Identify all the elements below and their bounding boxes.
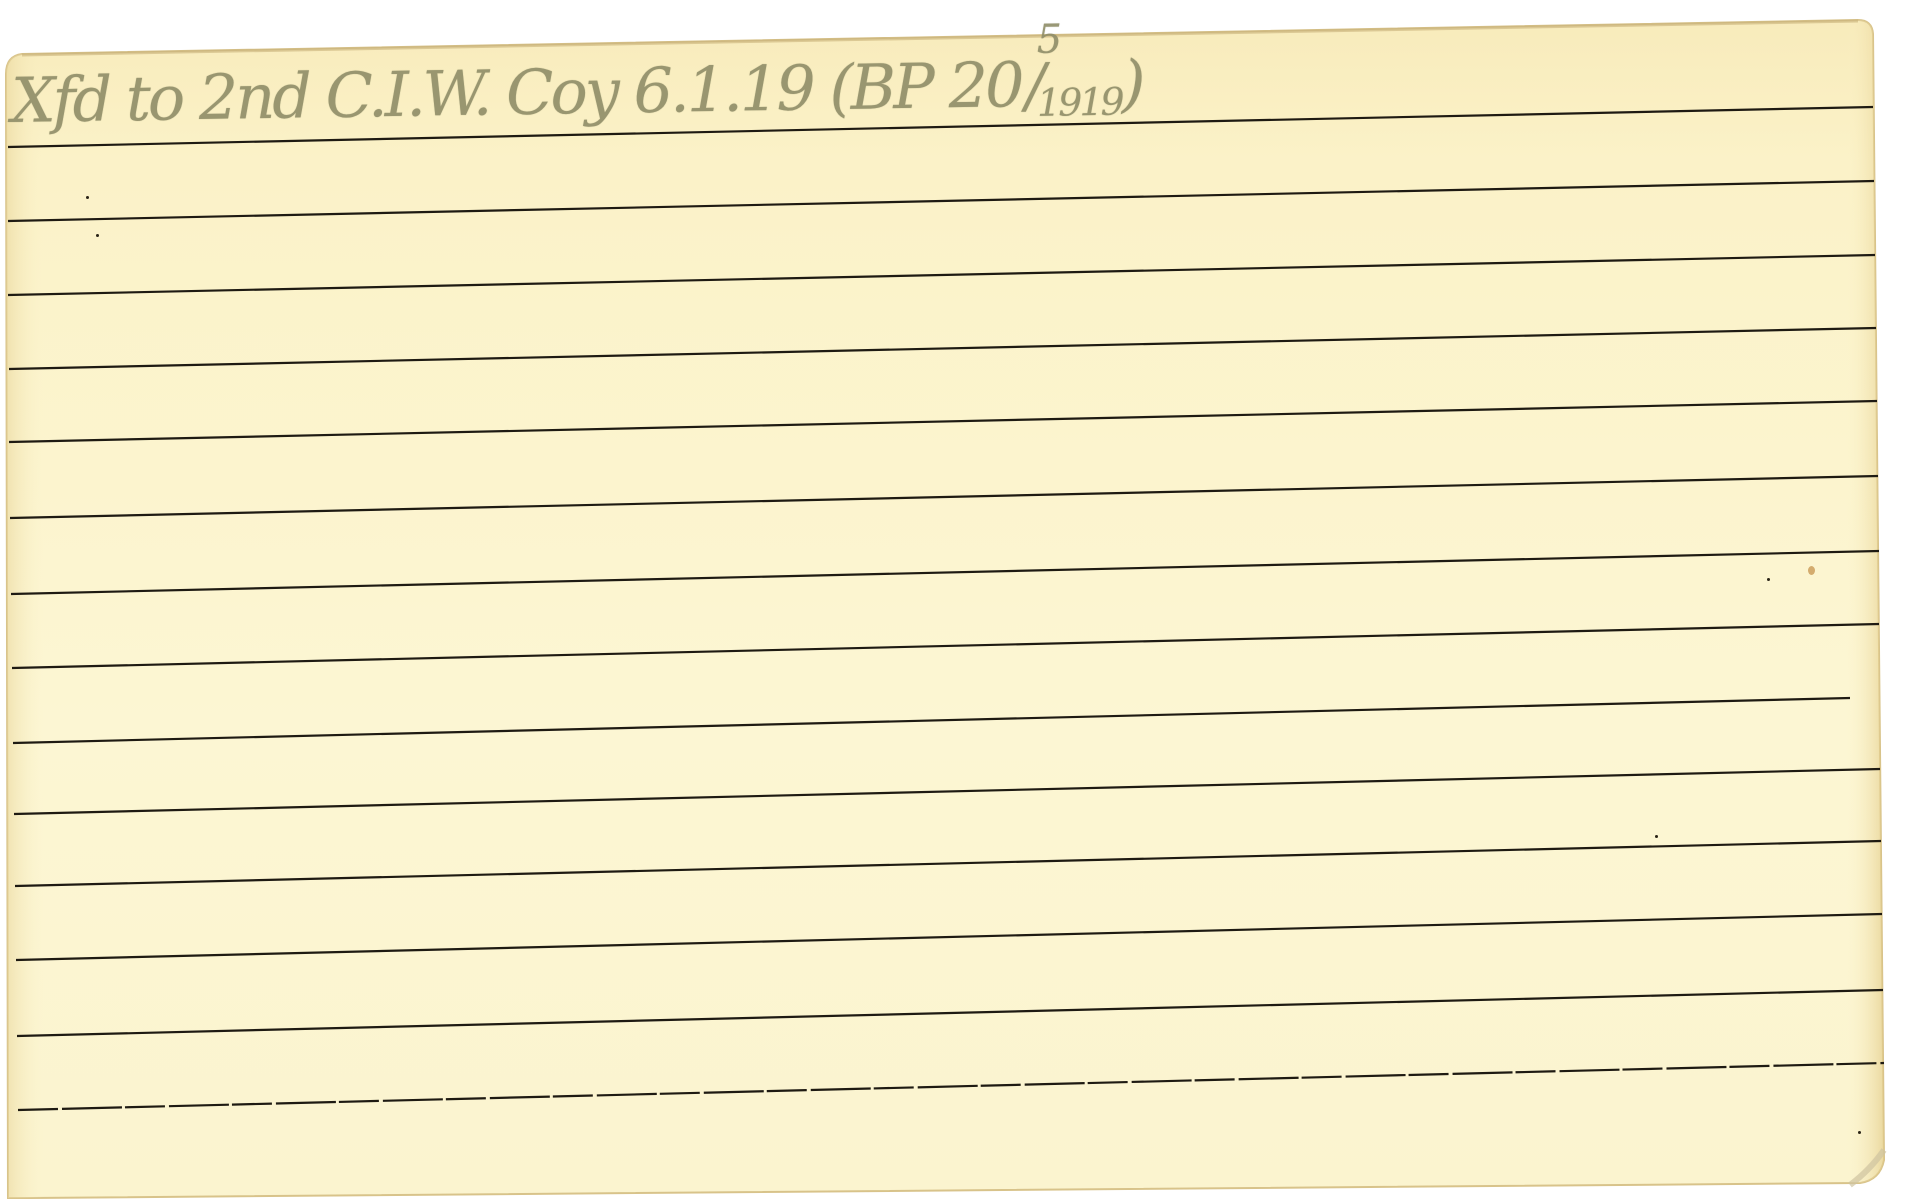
stain (1808, 566, 1815, 575)
speck (96, 234, 99, 237)
index-card (0, 0, 1907, 1200)
note-fraction: 5/1919 (1025, 50, 1122, 121)
fraction-denominator: 1919 (1037, 80, 1122, 125)
fraction-numerator: 5 (1036, 17, 1059, 63)
document-viewer: Xfd to 2nd C.I.W. Coy 6.1.19 (BP 205/191… (0, 0, 1907, 1200)
note-closing-paren: ) (1121, 46, 1143, 119)
speck (1767, 578, 1770, 581)
speck (86, 196, 89, 199)
speck (1655, 835, 1658, 838)
speck (1858, 1131, 1861, 1134)
